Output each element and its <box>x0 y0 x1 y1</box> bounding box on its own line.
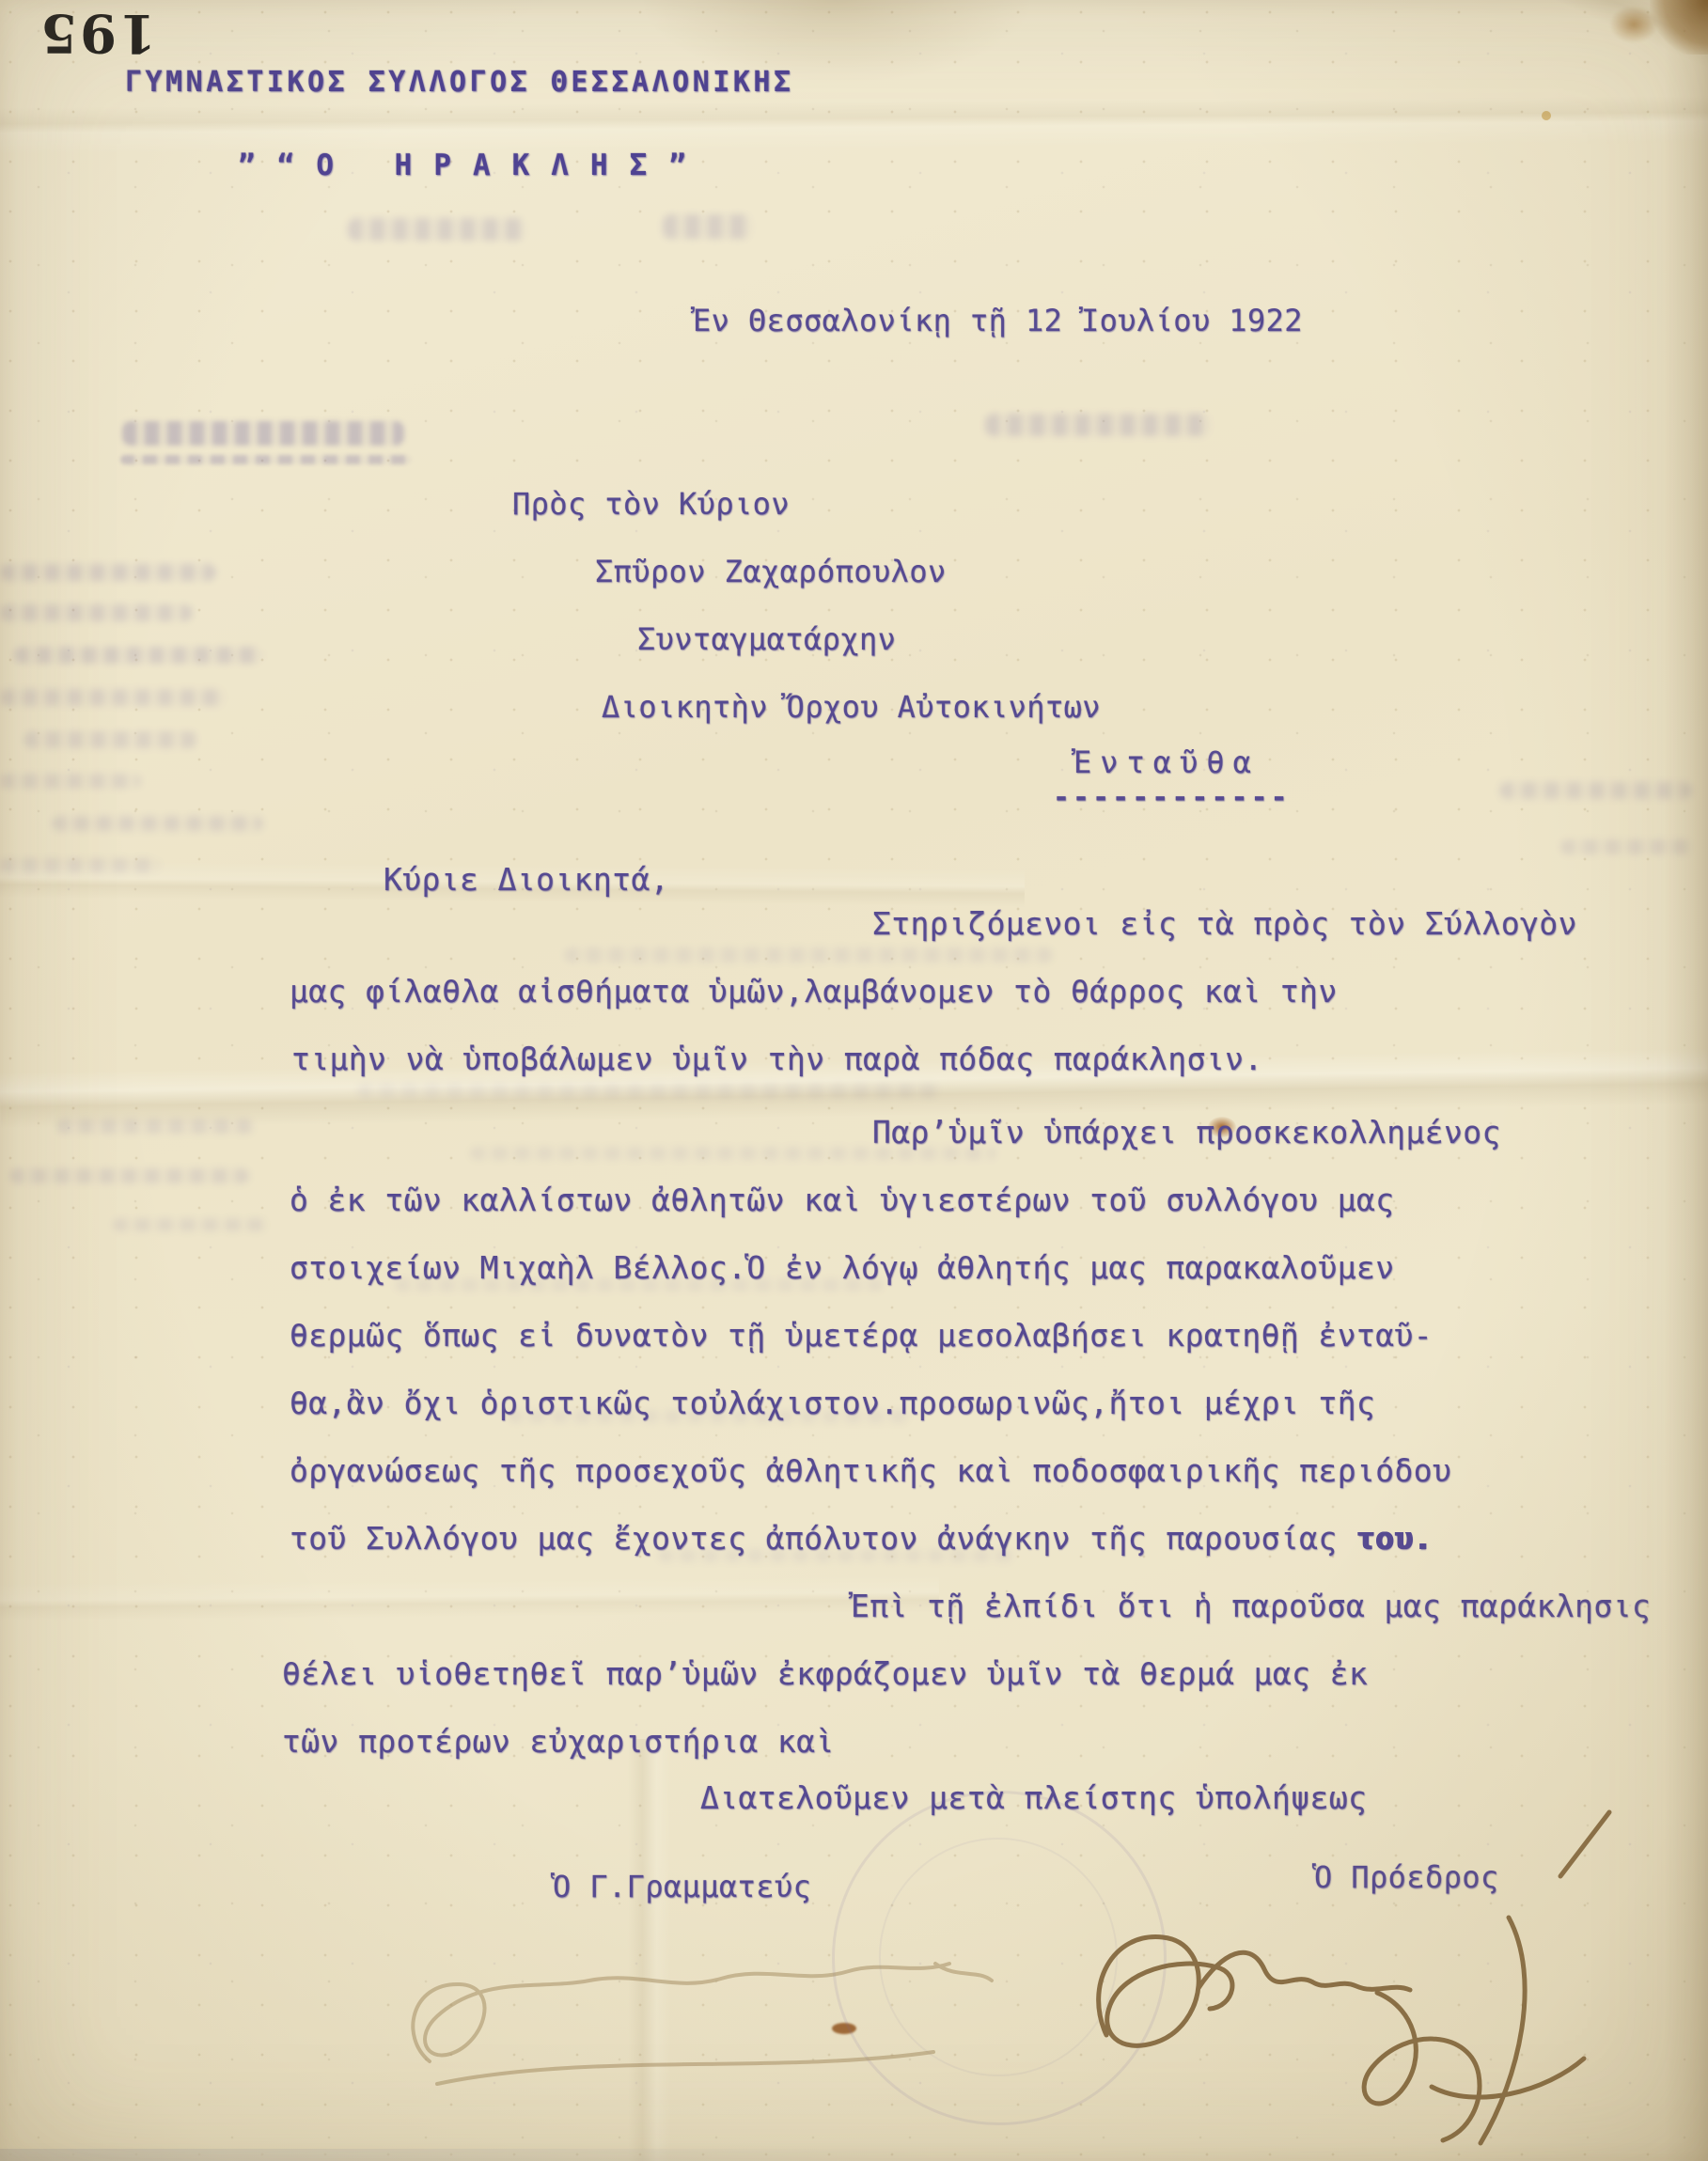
secretary-title: Ὁ Γ.Γραμματεύς <box>553 1869 811 1904</box>
recipient-line-5: Ἐνταῦθα <box>1073 744 1260 780</box>
body-line: θερμῶς ὅπως εἰ δυνατὸν τῇ ὑμετέρᾳ μεσολα… <box>290 1317 1433 1354</box>
ink-bleed-ghost <box>113 1218 268 1231</box>
body-line: στοιχείων Μιχαὴλ Βέλλος.Ὁ ἐν λόγῳ ἀθλητή… <box>290 1249 1395 1286</box>
salutation: Κύριε Διοικητά, <box>384 861 669 898</box>
corner-stain <box>1650 0 1708 55</box>
body-line: τιμὴν νὰ ὑποβάλωμεν ὑμῖν τὴν παρὰ πόδας … <box>291 1041 1263 1077</box>
recipient-line-4: Διοικητὴν Ὄρχου Αὐτοκινήτων <box>602 689 1101 725</box>
ink-bleed-ghost <box>357 1083 940 1098</box>
president-title: Ὁ Πρόεδρος <box>1314 1859 1499 1895</box>
body-line: Στηριζόμενοι εἰς τὰ πρὸς τὸν Σύλλογὸν <box>872 905 1577 942</box>
ink-bleed-ghost <box>9 1168 249 1183</box>
body-line: ὁ ἐκ τῶν καλλίστων ἀθλητῶν καὶ ὑγιεστέρω… <box>290 1182 1395 1218</box>
letter-scan: 195 ΓΥΜΝΑΣΤΙΚΟΣ ΣΥΛΛΟΓΟΣ ΘΕΣΣΑΛΟΝΙΚΗΣ ”“… <box>0 0 1708 2161</box>
dateline: Ἐν Θεσσαλονίκῃ τῇ 12 Ἰουλίου 1922 <box>693 303 1303 338</box>
letterhead-organization: ΓΥΜΝΑΣΤΙΚΟΣ ΣΥΛΛΟΓΟΣ ΘΕΣΣΑΛΟΝΙΚΗΣ <box>125 66 794 99</box>
recipient-underline: ------------ <box>1053 781 1291 814</box>
body-line-text: τοῦ Συλλόγου μας ἔχοντες ἀπόλυτον ἀνάγκη… <box>290 1520 1356 1557</box>
paper-crease <box>1664 0 1708 2161</box>
paper-crease <box>628 1739 671 2161</box>
ink-bleed-ghost <box>0 604 193 621</box>
ink-bleed-ghost <box>24 731 197 748</box>
closing-line: Διατελοῦμεν μετὰ πλείστης ὑπολήψεως <box>700 1779 1367 1816</box>
ink-bleed-ghost <box>1560 839 1692 854</box>
recipient-line-3: Συνταγματάρχην <box>637 621 896 657</box>
body-line: τοῦ Συλλόγου μας ἔχοντες ἀπόλυτον ἀνάγκη… <box>290 1520 1433 1557</box>
body-line: τῶν προτέρων εὐχαριστήρια καὶ <box>282 1723 835 1760</box>
scan-edge <box>0 2149 939 2161</box>
president-signature-slash <box>1551 1807 1617 1882</box>
recipient-line-2: Σπῦρον Ζαχαρόπουλον <box>595 554 947 589</box>
ink-bleed-ghost <box>14 647 263 664</box>
rust-spot <box>1542 111 1551 120</box>
body-line: θέλει υἱοθετηθεῖ παρ’ὑμῶν ἐκφράζομεν ὑμῖ… <box>282 1655 1368 1692</box>
ink-bleed-ghost <box>56 1119 254 1134</box>
paper-crease <box>0 1575 939 1621</box>
ink-bleed-ghost <box>1499 782 1692 799</box>
ink-bleed-ghost <box>348 218 526 241</box>
recipient-line-1: Πρὸς τὸν Κύριον <box>512 486 790 522</box>
body-line: ὀργανώσεως τῆς προσεχοῦς ἀθλητικῆς καὶ π… <box>290 1452 1451 1489</box>
ink-bleed-ghost <box>663 214 752 239</box>
ink-bleed-ghost <box>985 414 1211 436</box>
ink-bleed-ghost <box>0 774 141 789</box>
ink-bleed-ghost <box>120 455 412 464</box>
ink-bleed-ghost <box>0 858 160 873</box>
ink-bleed-ghost <box>0 689 226 706</box>
stain-blob <box>1609 6 1658 43</box>
body-line: Παρ’ὑμῖν ὑπάρχει προσκεκολλημένος <box>872 1114 1501 1151</box>
faint-stamp-inner <box>879 1838 1118 2076</box>
ink-bleed-ghost <box>0 564 216 581</box>
body-line: Ἐπὶ τῇ ἐλπίδι ὅτι ἡ παροῦσα μας παράκλησ… <box>851 1588 1651 1624</box>
ink-bleed-ghost <box>564 947 1053 963</box>
letterhead-club-name: ”“Ο ΗΡΑΚΛΗΣ” <box>238 149 708 182</box>
body-line: θα,ἂν ὄχι ὁριστικῶς τοὐλάχιστον.προσωριν… <box>290 1385 1375 1421</box>
overstruck-word: του. <box>1356 1520 1433 1557</box>
archive-number: 195 <box>43 0 156 64</box>
ink-bleed-ghost <box>122 421 404 446</box>
ink-bleed-ghost <box>52 816 263 831</box>
paper-crease <box>0 96 1708 155</box>
body-line: μας φίλαθλα αἰσθήματα ὑμῶν,λαμβάνομεν τὸ… <box>290 973 1338 1010</box>
